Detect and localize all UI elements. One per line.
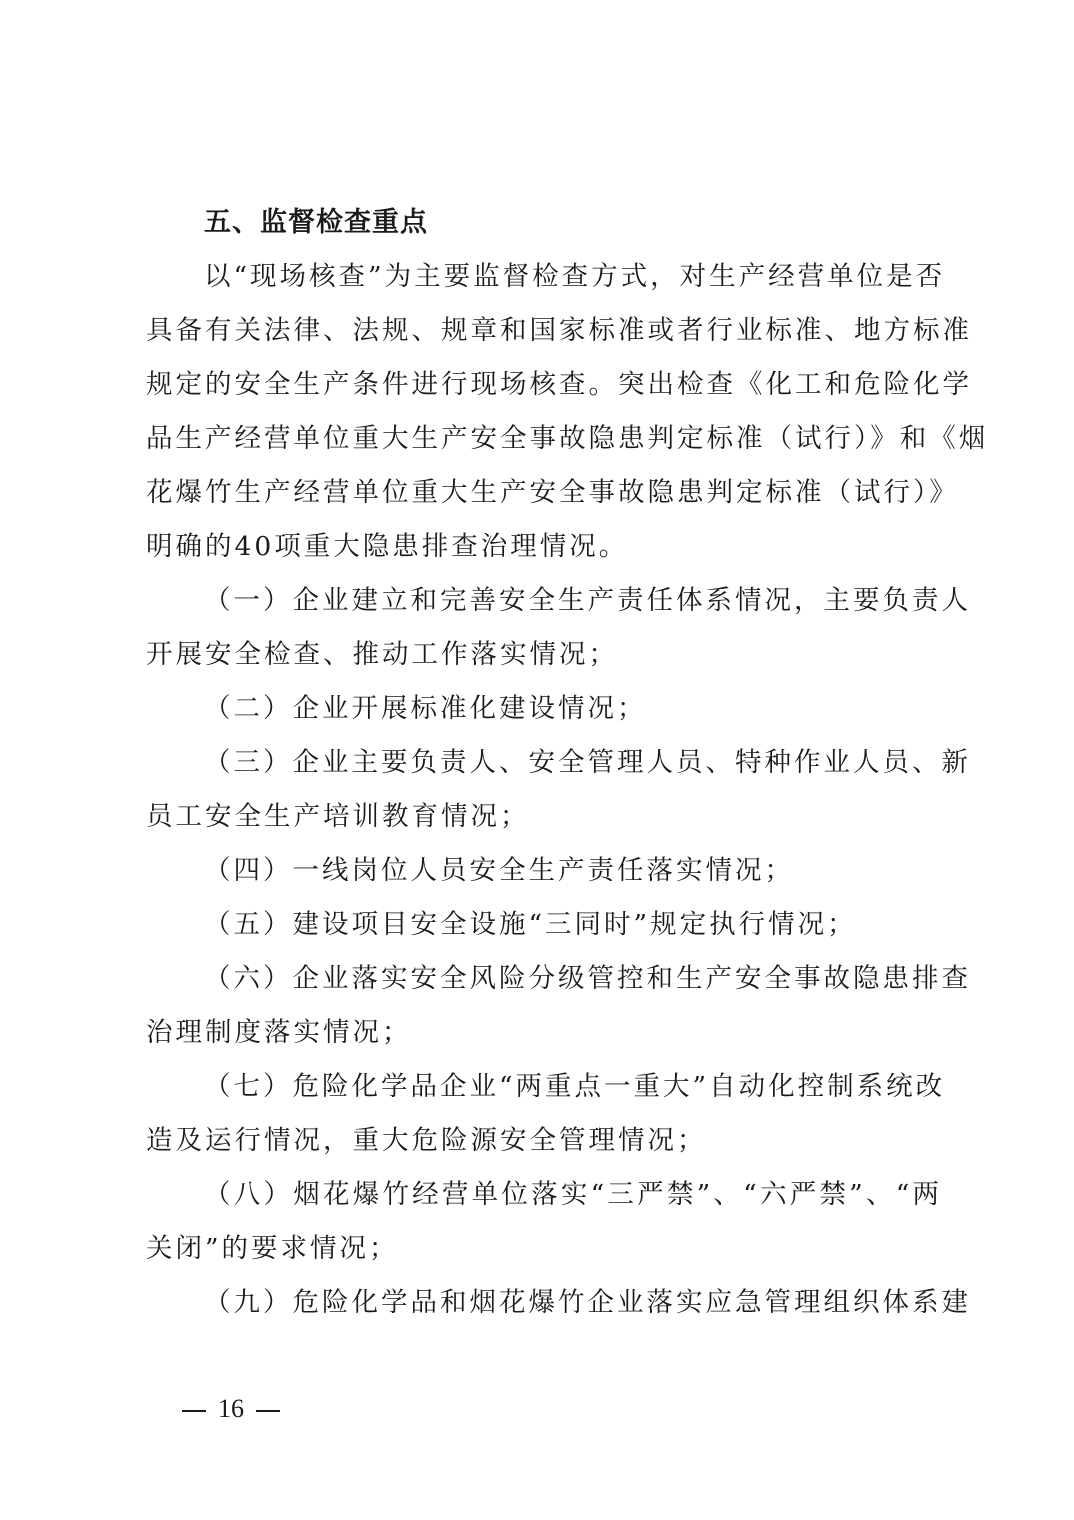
- text-line: （六）企业落实安全风险分级管控和生产安全事故隐患排查: [146, 952, 942, 1006]
- page-number: 16: [218, 1394, 244, 1423]
- list-item-3: （三）企业主要负责人、安全管理人员、特种作业人员、新 员工安全生产培训教育情况；: [146, 736, 942, 844]
- text-line: 治理制度落实情况；: [146, 1006, 942, 1060]
- list-item-9: （九）危险化学品和烟花爆竹企业落实应急管理组织体系建: [146, 1276, 942, 1330]
- text-line: （一）企业建立和完善安全生产责任体系情况，主要负责人: [146, 574, 942, 628]
- text-line: 花爆竹生产经营单位重大生产安全事故隐患判定标准（试行）》: [146, 466, 942, 520]
- text-line: 造及运行情况，重大危险源安全管理情况；: [146, 1114, 942, 1168]
- text-line: 开展安全检查、推动工作落实情况；: [146, 628, 942, 682]
- text-line: 明确的40项重大隐患排查治理情况。: [146, 520, 942, 574]
- list-item-2: （二）企业开展标准化建设情况；: [146, 682, 942, 736]
- list-item-8: （八）烟花爆竹经营单位落实“三严禁”、“六严禁”、“两 关闭”的要求情况；: [146, 1168, 942, 1276]
- text-line: 具备有关法律、法规、规章和国家标准或者行业标准、地方标准: [146, 304, 942, 358]
- dash-decoration: [182, 1410, 206, 1412]
- list-item-1: （一）企业建立和完善安全生产责任体系情况，主要负责人 开展安全检查、推动工作落实…: [146, 574, 942, 682]
- text-line: （九）危险化学品和烟花爆竹企业落实应急管理组织体系建: [146, 1276, 942, 1330]
- text-line: 员工安全生产培训教育情况；: [146, 790, 942, 844]
- page-number-footer: 16: [170, 1394, 292, 1424]
- text-line: 规定的安全生产条件进行现场核查。突出检查《化工和危险化学: [146, 358, 942, 412]
- dash-decoration: [256, 1410, 280, 1412]
- text-line: （三）企业主要负责人、安全管理人员、特种作业人员、新: [146, 736, 942, 790]
- text-line: （八）烟花爆竹经营单位落实“三严禁”、“六严禁”、“两: [146, 1168, 942, 1222]
- document-page: 五、监督检查重点 以“现场核查”为主要监督检查方式，对生产经营单位是否 具备有关…: [0, 0, 1074, 1520]
- list-item-4: （四）一线岗位人员安全生产责任落实情况；: [146, 844, 942, 898]
- list-item-6: （六）企业落实安全风险分级管控和生产安全事故隐患排查 治理制度落实情况；: [146, 952, 942, 1060]
- text-line: 以“现场核查”为主要监督检查方式，对生产经营单位是否: [146, 250, 942, 304]
- page-content: 五、监督检查重点 以“现场核查”为主要监督检查方式，对生产经营单位是否 具备有关…: [146, 196, 942, 1330]
- list-item-5: （五）建设项目安全设施“三同时”规定执行情况；: [146, 898, 942, 952]
- paragraph-intro: 以“现场核查”为主要监督检查方式，对生产经营单位是否 具备有关法律、法规、规章和…: [146, 250, 942, 574]
- section-heading: 五、监督检查重点: [146, 196, 942, 250]
- text-line: 关闭”的要求情况；: [146, 1222, 942, 1276]
- text-line: （四）一线岗位人员安全生产责任落实情况；: [146, 844, 942, 898]
- text-line: 品生产经营单位重大生产安全事故隐患判定标准（试行）》和《烟: [146, 412, 942, 466]
- text-line: （二）企业开展标准化建设情况；: [146, 682, 942, 736]
- text-line: （七）危险化学品企业“两重点一重大”自动化控制系统改: [146, 1060, 942, 1114]
- text-line: （五）建设项目安全设施“三同时”规定执行情况；: [146, 898, 942, 952]
- list-item-7: （七）危险化学品企业“两重点一重大”自动化控制系统改 造及运行情况，重大危险源安…: [146, 1060, 942, 1168]
